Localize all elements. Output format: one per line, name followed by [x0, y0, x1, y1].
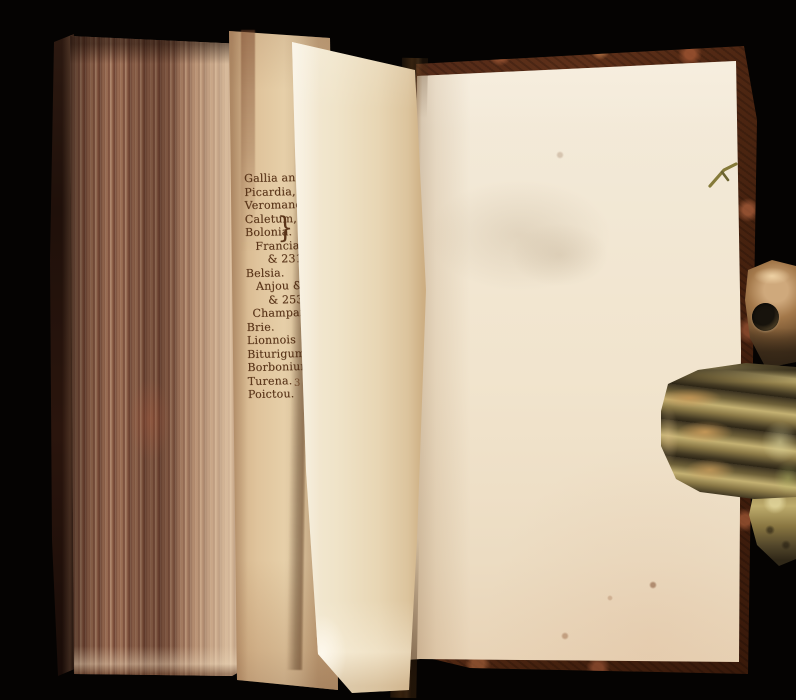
- index-brace-glyph: }: [277, 213, 293, 242]
- clasp-rivet-hole: [752, 303, 779, 331]
- signature-mark: 3: [294, 378, 300, 389]
- book-photograph: Gallia ante Picardia, inter Veromandui. …: [0, 0, 796, 700]
- fiber-speck-icon: [706, 156, 740, 190]
